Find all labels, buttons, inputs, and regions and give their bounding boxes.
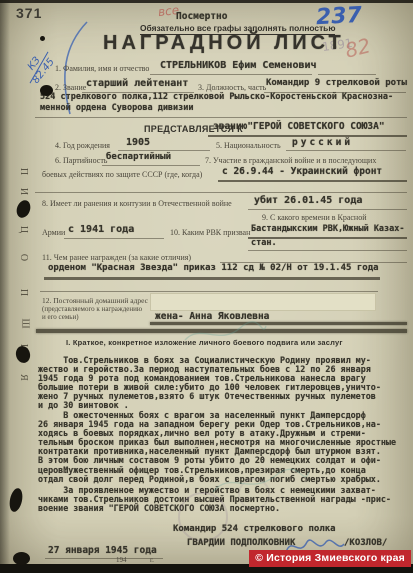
field10-value: Бастандыкским РВК,Южный Казах- [251,224,405,234]
document-date: 27 января 1945 года [48,545,157,556]
field5-value: русский [292,137,353,148]
margin-letter: Я [18,374,29,381]
printed-year-suffix: г. [150,556,154,564]
tear-mark [14,344,32,364]
nominated-value: званию"ГЕРОЙ СОВЕТСКОГО СОЮЗА" [213,121,385,132]
printed-year-prefix: 194 [116,556,127,564]
field3-label: 3. Должность, часть [198,83,266,92]
document-title: НАГРАДНОЙ ЛИСТ [103,32,345,55]
posthumous-note: Посмертно [176,11,227,22]
page-number-stamp: 371 [16,5,42,21]
margin-letter: П [18,289,29,296]
field12-label-line3: и его семьи) [42,313,79,321]
commander-rank: ГВАРДИИ ПОДПОЛКОВНИК [187,538,295,548]
ink-bleed-mark [180,318,270,348]
commander-name: /КОЗЛОВ/ [344,538,387,548]
field9-label: 9. С какого времени в Красной [262,213,367,222]
field9-label-line2: Армии [42,228,65,237]
field10-value-line2: стан. [251,238,277,248]
field4-label: 4. Год рождения [55,141,110,150]
citation-paragraph-1: Тов.Стрельников в боях за Социалистическ… [38,356,413,411]
tear-mark [14,198,32,219]
field11-value: орденом "Красная Звезда" приказ 112 сд №… [48,263,379,273]
hole-punch [40,85,53,96]
field7-value: с 26.9.44 - Украинский фронт [222,166,382,177]
margin-letter: Ш [20,318,31,328]
field1-label: 1. Фамилия, имя и отчество [55,64,149,73]
margin-letter: И [18,188,29,195]
ink-bleed-mark-2 [205,462,315,502]
field3-value-line3: менной ордена Суворова дивизии [40,103,194,113]
field10-label: 10. Каким РВК призван [170,228,250,237]
redacted-address-area [150,293,376,311]
archive-watermark: © История Змиевского края [249,550,411,567]
field1-value: СТРЕЛЬНИКОВ Ефим Семенович [160,60,317,71]
field6-value: беспартийный [106,152,171,162]
field8-value: убит 26.01.45 года [254,195,362,206]
margin-letter: О [18,254,29,261]
field12-label-line2: (представляемого к награждению [42,305,142,313]
margin-letter: Ц [18,226,29,233]
pen-mark [8,487,25,513]
field7-label: 7. Участие в гражданской войне и в после… [205,156,376,165]
margin-letter: П [18,168,29,175]
field9-value: с 1941 года [68,224,134,235]
field12-label: 12. Постоянный домашний адрес [42,296,148,305]
field2-label: 2. Звание [55,83,86,92]
field6-label: 6. Партийность [55,156,107,165]
field5-label: 5. Национальность [216,141,281,150]
field8-label: 8. Имеет ли ранения и контузии в Отечест… [42,199,232,208]
award-sheet-document: 371 все Посмертно Обязательно все графы … [0,0,413,573]
hole-punch [40,36,45,41]
handwritten-blue-number: 237 [315,3,362,30]
faded-red-number: 82 [342,33,373,62]
field4-value: 1905 [126,137,150,148]
field11-label: 11. Чем ранее награжден (за какие отличи… [42,253,191,262]
tear-mark [13,552,30,565]
field3-value-line2: 524 стрелкового полка,112 стрелковой Рыл… [40,92,393,102]
field3-value: Командир 9 стрелковой роты [266,78,407,88]
field7-label-line2: боевых действиях по защите СССР (где, ко… [42,170,202,179]
field2-value: старший лейтенант [86,78,188,89]
